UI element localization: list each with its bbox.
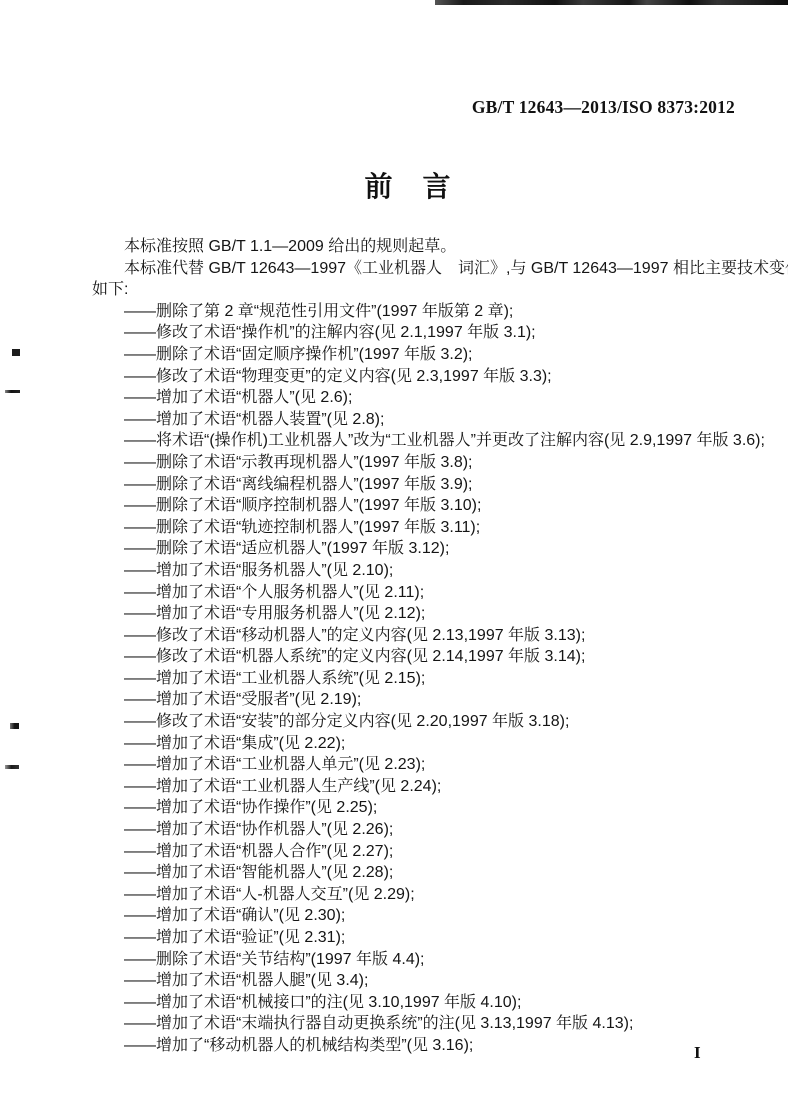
change-item: ——增加了术语“机器人腿”(见 3.4); [92, 970, 764, 992]
change-item: ——删除了术语“固定顺序操作机”(1997 年版 3.2); [92, 344, 764, 366]
change-item: ——增加了术语“机器人”(见 2.6); [92, 387, 764, 409]
page-number: I [694, 1043, 701, 1063]
change-item: ——增加了术语“工业机器人生产线”(见 2.24); [92, 776, 764, 798]
foreword-body: 本标准按照 GB/T 1.1—2009 给出的规则起草。 本标准代替 GB/T … [92, 236, 764, 1057]
change-item: ——修改了术语“机器人系统”的定义内容(见 2.14,1997 年版 3.14)… [92, 646, 764, 668]
change-item: ——修改了术语“物理变更”的定义内容(见 2.3,1997 年版 3.3); [92, 366, 764, 388]
change-item: ——增加了术语“人-机器人交互”(见 2.29); [92, 884, 764, 906]
scan-artifact-top-bar [435, 0, 788, 5]
change-list: ——删除了第 2 章“规范性引用文件”(1997 年版第 2 章);——修改了术… [92, 301, 764, 1057]
intro-paragraph-1: 本标准按照 GB/T 1.1—2009 给出的规则起草。 [92, 236, 764, 258]
change-item: ——增加了术语“服务机器人”(见 2.10); [92, 560, 764, 582]
page-title: 前 言 [0, 165, 788, 205]
intro-paragraph-2-line-1: 本标准代替 GB/T 12643—1997《工业机器人 词汇》,与 GB/T 1… [92, 258, 764, 280]
change-item: ——增加了术语“工业机器人系统”(见 2.15); [92, 668, 764, 690]
change-item: ——删除了术语“关节结构”(1997 年版 4.4); [92, 949, 764, 971]
scan-artifact-speck [12, 349, 20, 356]
change-item: ——增加了术语“末端执行器自动更换系统”的注(见 3.13,1997 年版 4.… [92, 1013, 764, 1035]
change-item: ——增加了术语“协作机器人”(见 2.26); [92, 819, 764, 841]
scan-artifact-speck [5, 765, 19, 769]
change-item: ——删除了术语“离线编程机器人”(1997 年版 3.9); [92, 474, 764, 496]
scan-artifact-speck [5, 390, 20, 393]
change-item: ——修改了术语“移动机器人”的定义内容(见 2.13,1997 年版 3.13)… [92, 625, 764, 647]
change-item: ——增加了术语“工业机器人单元”(见 2.23); [92, 754, 764, 776]
change-item: ——删除了术语“示教再现机器人”(1997 年版 3.8); [92, 452, 764, 474]
change-item: ——增加了术语“受服者”(见 2.19); [92, 689, 764, 711]
change-item: ——增加了术语“验证”(见 2.31); [92, 927, 764, 949]
change-item: ——删除了第 2 章“规范性引用文件”(1997 年版第 2 章); [92, 301, 764, 323]
standard-code-header: GB/T 12643—2013/ISO 8373:2012 [0, 97, 735, 118]
change-item: ——删除了术语“顺序控制机器人”(1997 年版 3.10); [92, 495, 764, 517]
intro-paragraph-2-line-2: 如下: [92, 279, 764, 301]
change-item: ——增加了术语“机械接口”的注(见 3.10,1997 年版 4.10); [92, 992, 764, 1014]
change-item: ——增加了术语“机器人装置”(见 2.8); [92, 409, 764, 431]
change-item: ——修改了术语“安装”的部分定义内容(见 2.20,1997 年版 3.18); [92, 711, 764, 733]
change-item: ——增加了术语“机器人合作”(见 2.27); [92, 841, 764, 863]
change-item: ——增加了术语“集成”(见 2.22); [92, 733, 764, 755]
change-item: ——增加了术语“个人服务机器人”(见 2.11); [92, 582, 764, 604]
change-item: ——增加了术语“专用服务机器人”(见 2.12); [92, 603, 764, 625]
change-item: ——删除了术语“轨迹控制机器人”(1997 年版 3.11); [92, 517, 764, 539]
scan-artifact-speck [10, 723, 19, 729]
change-item: ——增加了术语“协作操作”(见 2.25); [92, 797, 764, 819]
change-item: ——增加了术语“智能机器人”(见 2.28); [92, 862, 764, 884]
change-item: ——增加了术语“确认”(见 2.30); [92, 905, 764, 927]
page-title-text: 前 言 [364, 165, 451, 205]
document-page: GB/T 12643—2013/ISO 8373:2012 前 言 本标准按照 … [0, 0, 788, 1120]
change-item: ——修改了术语“操作机”的注解内容(见 2.1,1997 年版 3.1); [92, 322, 764, 344]
change-item: ——删除了术语“适应机器人”(1997 年版 3.12); [92, 538, 764, 560]
change-item: ——将术语“(操作机)工业机器人”改为“工业机器人”并更改了注解内容(见 2.9… [92, 430, 764, 452]
change-item: ——增加了“移动机器人的机械结构类型”(见 3.16); [92, 1035, 764, 1057]
